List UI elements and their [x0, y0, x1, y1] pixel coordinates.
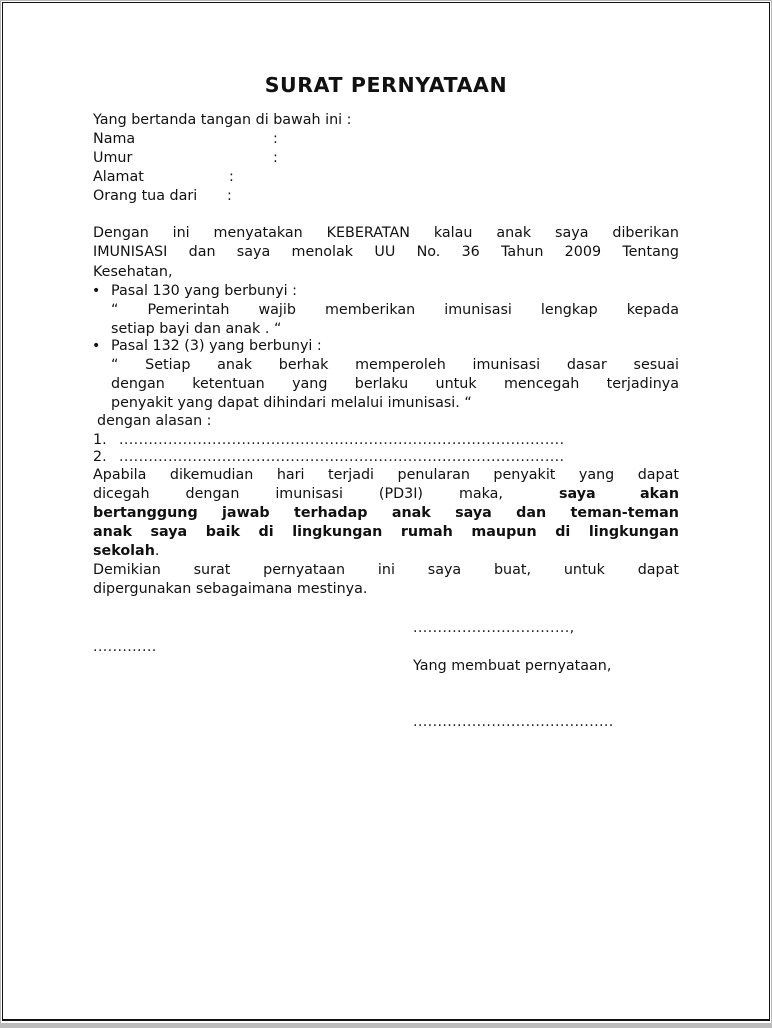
field-label-umur: Umur — [93, 150, 132, 166]
responsibility-line-3: bertanggung jawab terhadap anak saya dan… — [93, 505, 679, 521]
bullet-icon: • — [92, 338, 100, 354]
field-label-orang-tua: Orang tua dari — [93, 188, 197, 204]
pasal-130-heading: Pasal 130 yang berbunyi : — [111, 283, 297, 299]
responsibility-line-5-bold: sekolah — [93, 543, 155, 559]
statement-line-1: Dengan ini menyatakan KEBERATAN kalau an… — [93, 225, 679, 241]
document-title: SURAT PERNYATAAN — [0, 73, 772, 97]
signer-name-blank: ........................................… — [413, 714, 614, 730]
field-colon-orang-tua: : — [227, 188, 232, 204]
place-date-blank: ................................, — [413, 620, 575, 636]
pasal-132-quote-line-3: penyakit yang dapat dihindari melalui im… — [111, 395, 472, 411]
reason-number-1: 1. — [93, 432, 107, 448]
pasal-130-quote-line-2: setiap bayi dan anak . “ — [111, 321, 281, 337]
statement-line-3: Kesehatan, — [93, 264, 173, 280]
responsibility-line-2: dicegahdenganimunisasi(PD3I)maka, sayaak… — [93, 486, 679, 502]
closing-line-2: dipergunakan sebagaimana mestinya. — [93, 581, 367, 597]
word: dengan — [186, 486, 240, 502]
responsibility-line-1: Apabila dikemudian hari terjadi penulara… — [93, 467, 679, 483]
word: akan — [640, 486, 679, 502]
word: saya — [559, 486, 596, 502]
signer-label: Yang membuat pernyataan, — [413, 658, 611, 674]
reason-number-2: 2. — [93, 449, 107, 465]
reason-blank-2: ........................................… — [119, 449, 564, 465]
field-colon-umur: : — [273, 150, 278, 166]
responsibility-line-5: sekolah. — [93, 543, 159, 559]
pasal-132-quote-line-2: dengan ketentuan yang berlaku untuk menc… — [111, 376, 679, 392]
pasal-130-quote-line-1: “ Pemerintah wajib memberikan imunisasi … — [111, 302, 679, 318]
responsibility-line-4: anak saya baik di lingkungan rumah maupu… — [93, 524, 679, 540]
field-label-alamat: Alamat — [93, 169, 144, 185]
field-colon-nama: : — [273, 131, 278, 147]
field-colon-alamat: : — [229, 169, 234, 185]
reasons-label: dengan alasan : — [97, 413, 212, 429]
responsibility-line-5-end: . — [155, 543, 160, 559]
word: (PD3I) — [379, 486, 423, 502]
pasal-132-quote-line-1: “ Setiap anak berhak memperoleh imunisas… — [111, 357, 679, 373]
responsibility-line-2-bold: sayaakan — [559, 486, 679, 502]
responsibility-line-2-normal: dicegahdenganimunisasi(PD3I)maka, — [93, 486, 503, 502]
intro-text: Yang bertanda tangan di bawah ini : — [93, 112, 352, 128]
field-label-nama: Nama — [93, 131, 135, 147]
word: imunisasi — [275, 486, 343, 502]
bullet-icon: • — [92, 283, 100, 299]
reason-blank-1: ........................................… — [119, 432, 564, 448]
statement-line-2: IMUNISASI dan saya menolak UU No. 36 Tah… — [93, 244, 679, 260]
pasal-132-heading: Pasal 132 (3) yang berbunyi : — [111, 338, 322, 354]
word: dicegah — [93, 486, 150, 502]
date-blank: ............. — [93, 639, 157, 655]
closing-line-1: Demikian surat pernyataan ini saya buat,… — [93, 562, 679, 578]
document: SURAT PERNYATAAN Yang bertanda tangan di… — [0, 0, 772, 1028]
word: maka, — [459, 486, 503, 502]
